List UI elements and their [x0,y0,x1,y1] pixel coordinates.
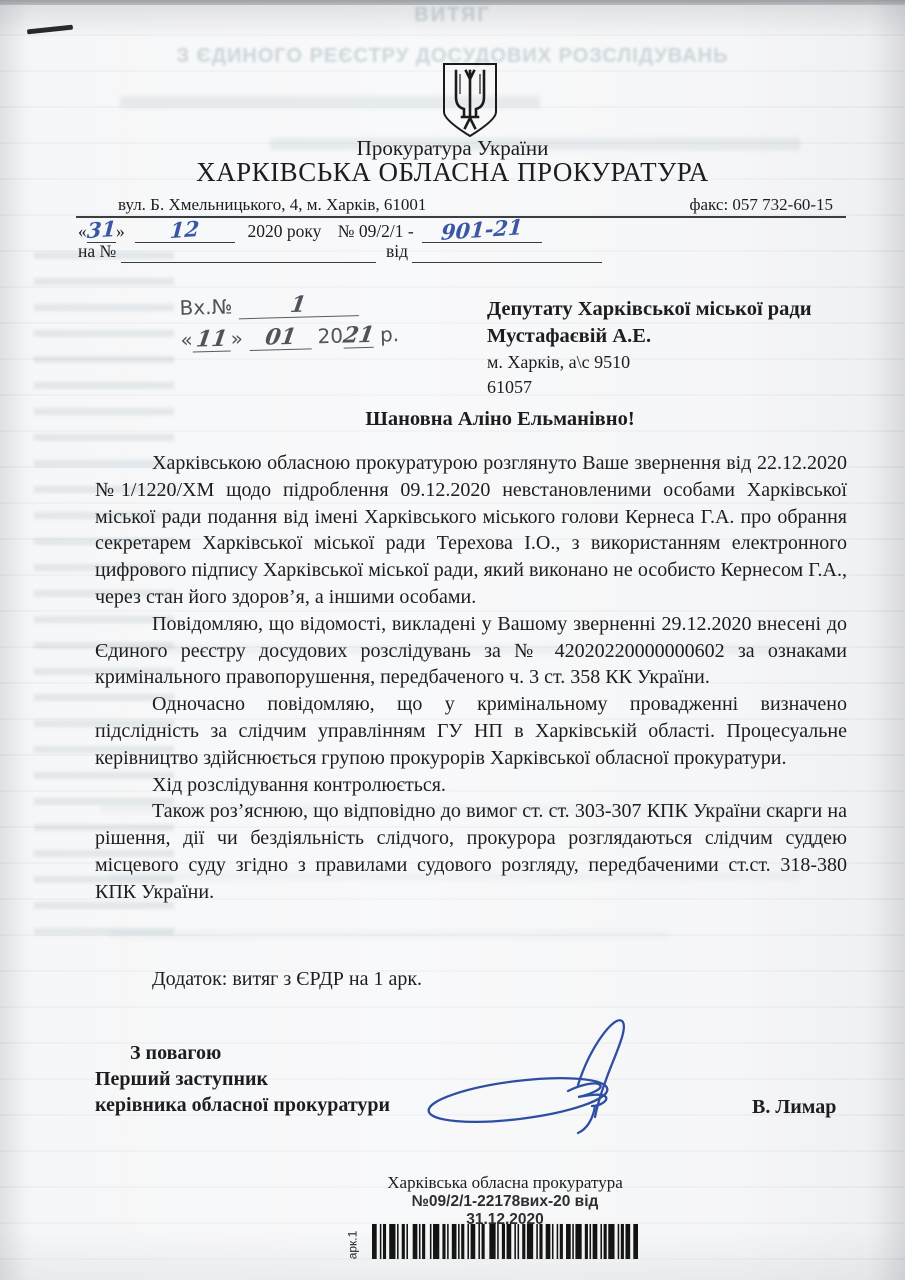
stamp-year-prefix: 20 [317,324,343,349]
stamp-handwritten-number: 1 [290,298,307,312]
scanned-letter-page: ВИТЯГ З ЄДИНОГО РЕЄСТРУ ДОСУДОВИХ РОЗСЛІ… [0,0,905,1280]
quote-open: « [78,221,87,241]
from-label: від [386,241,408,261]
bleedthrough-smudge [110,930,670,939]
stamp-quote-close: » [230,326,243,350]
handwritten-day: 31 [86,222,116,238]
org-address: вул. Б. Хмельницького, 4, м. Харків, 610… [118,195,426,215]
stamp-quote-open: « [180,328,193,352]
signer-name: В. Лимар [752,1096,836,1119]
document-barcode [372,1224,638,1259]
recipient-line3: м. Харків, а\с 9510 [487,350,812,375]
handwritten-month: 12 [170,222,200,238]
doc-number-label: № 09/2/1 - [338,221,414,241]
year-text: 2020 року [247,221,321,241]
recipient-line1: Депутату Харківської міської ради [487,296,812,323]
stamp-year-suffix: р. [380,322,400,346]
ukraine-trident-emblem-icon [438,62,502,138]
recipient-line4: 61057 [487,375,812,400]
body-paragraph-3: Одночасно повідомляю, що у кримінальному… [95,691,847,771]
attachment-line: Додаток: витяг з ЄРДР на 1 арк. [152,968,422,991]
outgoing-ref-line: «31» 12 2020 року № 09/2/1 - 901-21 [78,221,542,243]
sheet-number-label: арк.1 [345,1231,359,1260]
stamp-label: Вх.№ [179,294,232,319]
stamp-handwritten-day: 11 [195,332,228,347]
handwritten-doc-number: 901-21 [441,220,524,240]
recipient-block: Депутату Харківської міської ради Мустаф… [487,296,812,400]
bleedthrough-title: ВИТЯГ [0,4,905,27]
reply-label: на № [78,241,116,261]
incoming-stamp: Вх.№ 1 «11» 01 2021 р. [179,290,399,353]
body-paragraph-5: Також роз’яснюю, що відповідно до вимог … [95,798,847,905]
closing-title-line2: керівника обласної прокуратури [95,1094,390,1117]
org-fax: факс: 057 732-60-15 [690,195,834,215]
quote-close: » [116,221,125,241]
salutation: Шановна Аліно Ельманівно! [95,408,845,431]
letter-body: Харківською обласною прокуратурою розгля… [95,450,847,906]
org-name-heading: ХАРКІВСЬКА ОБЛАСНА ПРОКУРАТУРА [0,157,905,188]
closing-regards: З повагою [130,1042,221,1065]
stamp-handwritten-year: 21 [342,328,375,343]
stamp-handwritten-month: 01 [264,330,297,345]
handwritten-signature [418,1005,668,1140]
footer-block: Харківська обласна прокуратура №09/2/1-2… [280,1173,730,1229]
footer-org-name: Харківська обласна прокуратура [280,1173,730,1193]
closing-title-line1: Перший заступник [95,1068,268,1091]
incoming-ref-line: на № від [78,241,602,263]
recipient-line2: Мустафаєвій А.Е. [487,323,812,350]
body-paragraph-2: Повідомляю, що відомості, викладені у Ва… [95,611,847,691]
body-paragraph-1: Харківською обласною прокуратурою розгля… [95,450,847,611]
footer-doc-number: №09/2/1-22178вих-20 від [280,1193,730,1211]
body-paragraph-4: Хід розслідування контролюється. [95,772,847,799]
